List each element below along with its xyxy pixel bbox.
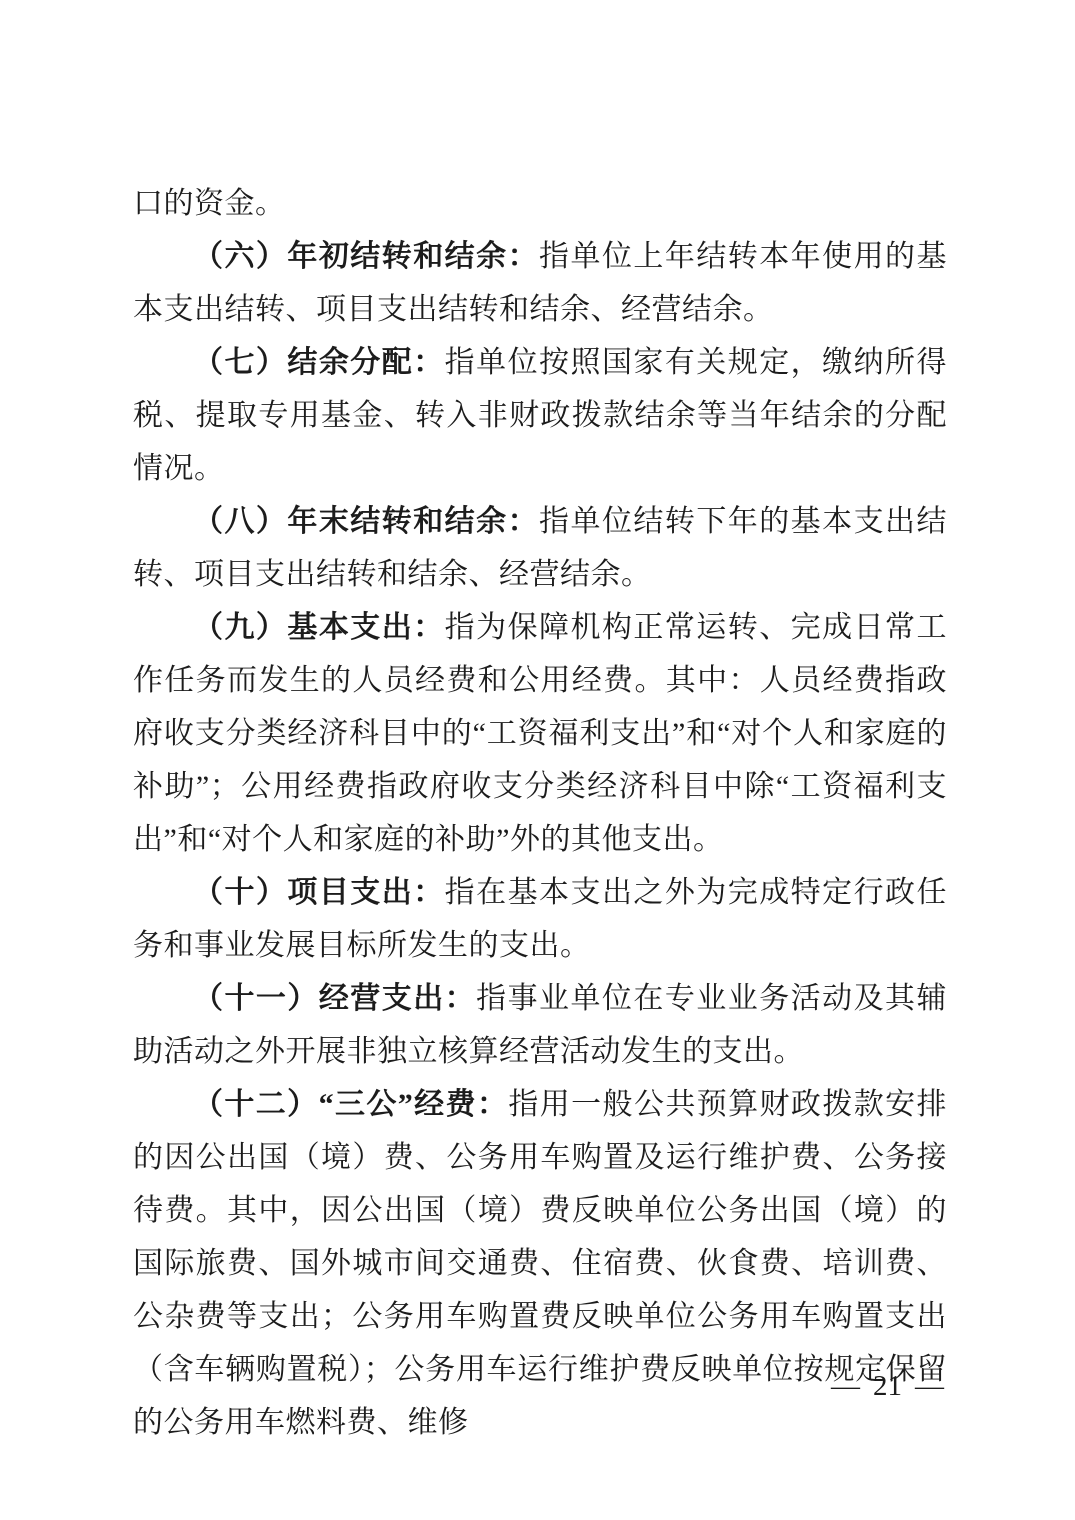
- term-label: （八）年末结转和结余：: [193, 505, 539, 538]
- paragraph-text: 口的资金。: [133, 187, 286, 220]
- term-label: （十二）“三公”经费：: [193, 1088, 508, 1121]
- paragraph: （九）基本支出：指为保障机构正常运转、完成日常工作任务而发生的人员经费和公用经费…: [133, 601, 947, 866]
- paragraph: （十）项目支出：指在基本支出之外为完成特定行政任务和事业发展目标所发生的支出。: [133, 866, 947, 972]
- term-label: （十一）经营支出：: [193, 982, 476, 1015]
- document-page: 口的资金。 （六）年初结转和结余：指单位上年结转本年使用的基本支出结转、项目支出…: [0, 0, 1075, 1520]
- paragraph-text: 指为保障机构正常运转、完成日常工作任务而发生的人员经费和公用经费。其中：人员经费…: [133, 611, 947, 856]
- term-label: （七）结余分配：: [193, 346, 445, 379]
- paragraph: （七）结余分配：指单位按照国家有关规定，缴纳所得税、提取专用基金、转入非财政拨款…: [133, 336, 947, 495]
- paragraph: （十一）经营支出：指事业单位在专业业务活动及其辅助活动之外开展非独立核算经营活动…: [133, 972, 947, 1078]
- paragraph-text: 指用一般公共预算财政拨款安排的因公出国（境）费、公务用车购置及运行维护费、公务接…: [133, 1088, 947, 1439]
- footer-dash-left: —: [831, 1368, 860, 1404]
- paragraph: 口的资金。: [133, 177, 947, 230]
- term-label: （九）基本支出：: [193, 611, 445, 644]
- page-footer: — 21 —: [831, 1368, 944, 1404]
- page-number: 21: [873, 1368, 902, 1404]
- paragraph: （十二）“三公”经费：指用一般公共预算财政拨款安排的因公出国（境）费、公务用车购…: [133, 1078, 947, 1449]
- term-label: （六）年初结转和结余：: [193, 240, 539, 273]
- document-body: 口的资金。 （六）年初结转和结余：指单位上年结转本年使用的基本支出结转、项目支出…: [133, 177, 947, 1449]
- paragraph: （六）年初结转和结余：指单位上年结转本年使用的基本支出结转、项目支出结转和结余、…: [133, 230, 947, 336]
- footer-dash-right: —: [915, 1368, 944, 1404]
- paragraph: （八）年末结转和结余：指单位结转下年的基本支出结转、项目支出结转和结余、经营结余…: [133, 495, 947, 601]
- term-label: （十）项目支出：: [193, 876, 445, 909]
